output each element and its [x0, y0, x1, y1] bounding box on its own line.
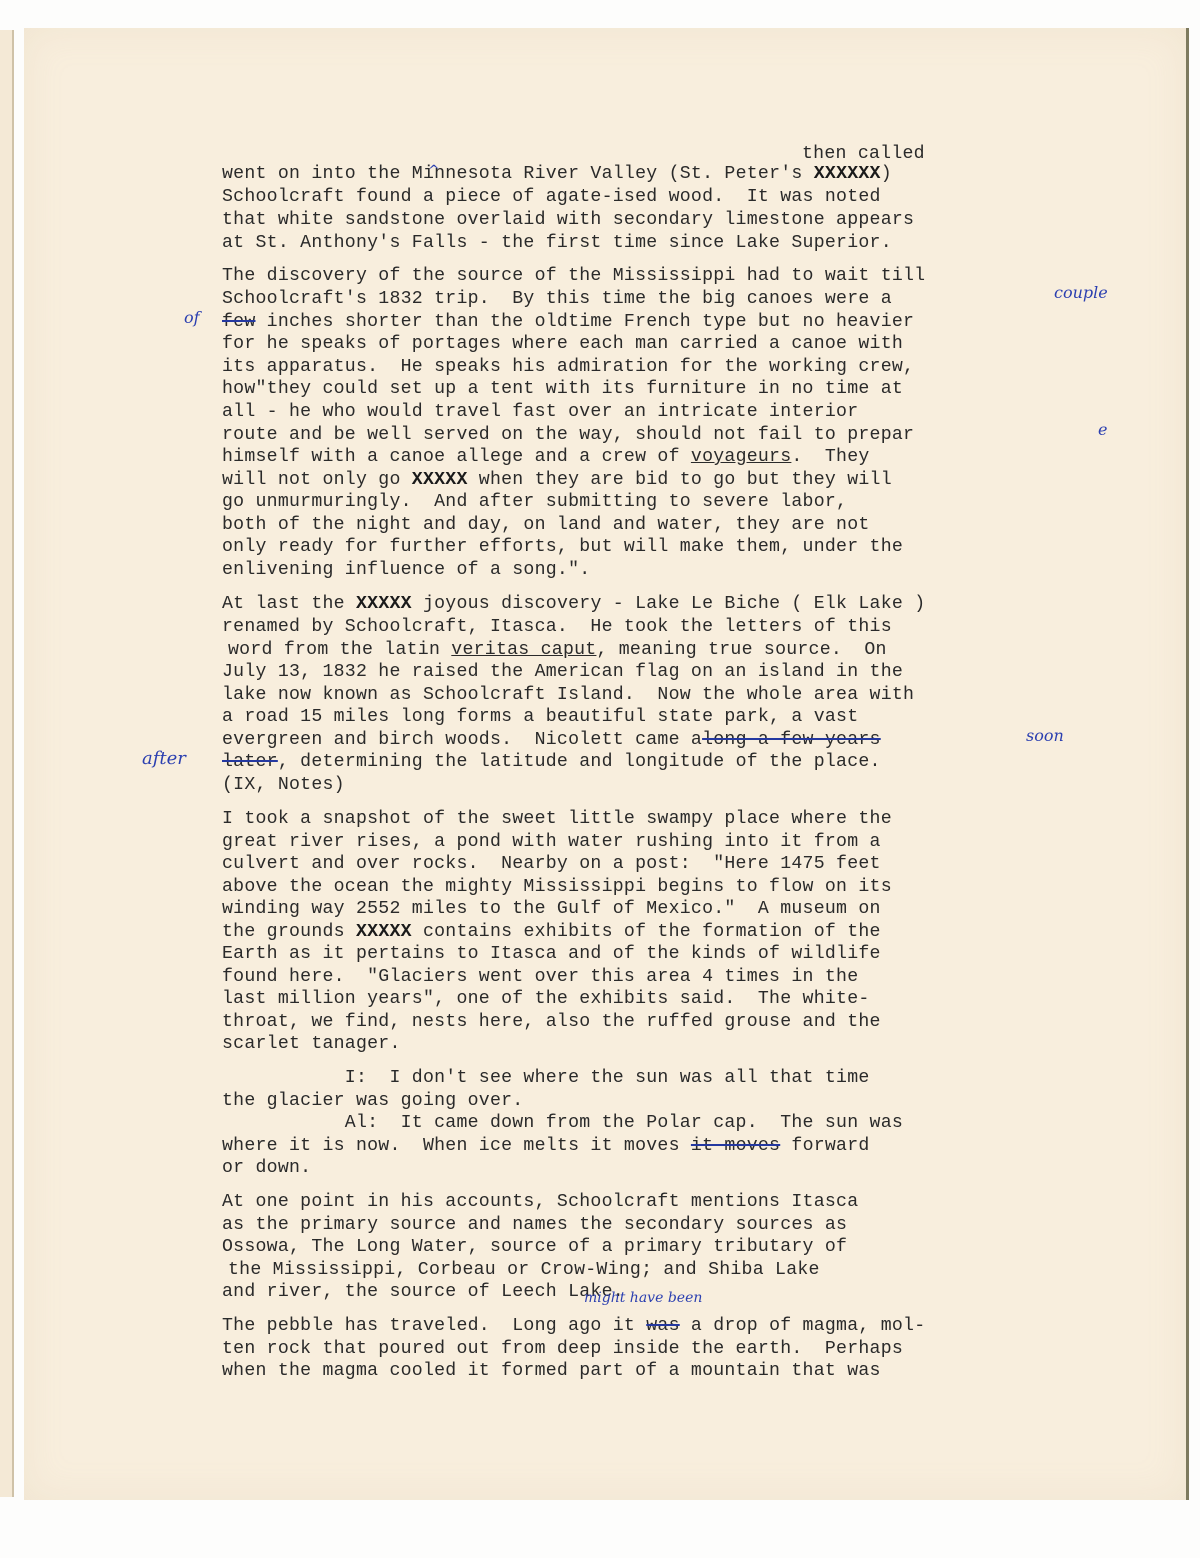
text-run: contains exhibits of the formation of th…: [412, 922, 881, 942]
text-xout: XXXXX: [412, 470, 468, 490]
text-line: Ossowa, The Long Water, source of a prim…: [222, 1236, 847, 1258]
text-run: ): [881, 164, 892, 184]
text-run: how"they could set up a tent with its fu…: [222, 379, 903, 399]
text-line: all - he who would travel fast over an i…: [222, 401, 858, 423]
text-run: a drop of magma, mol-: [680, 1316, 926, 1336]
text-strike: few: [222, 312, 256, 332]
text-run: the glacier was going over.: [222, 1091, 523, 1111]
text-line: Schoolcraft found a piece of agate-ised …: [222, 186, 881, 208]
text-line: enlivening influence of a song.".: [222, 559, 590, 581]
text-run: go unmurmuringly. And after submitting t…: [222, 492, 847, 512]
text-line: that white sandstone overlaid with secon…: [222, 209, 914, 231]
text-run: , meaning true source. On: [596, 640, 886, 660]
text-run: found here. "Glaciers went over this are…: [222, 967, 858, 987]
text-line: later, determining the latitude and long…: [222, 751, 881, 773]
text-run: At last the: [222, 594, 356, 614]
text-run: above the ocean the mighty Mississippi b…: [222, 877, 892, 897]
text-line: throat, we find, nests here, also the ru…: [222, 1011, 881, 1033]
text-xout: XXXXXX: [814, 164, 881, 184]
text-run: The pebble has traveled. Long ago it: [222, 1316, 646, 1336]
text-line: lake now known as Schoolcraft Island. No…: [222, 684, 914, 706]
text-xout: XXXXX: [356, 594, 412, 614]
text-strike: was: [646, 1316, 680, 1336]
text-strike: it moves: [691, 1136, 780, 1156]
text-run: inches shorter than the oldtime French t…: [256, 312, 915, 332]
text-line: At one point in his accounts, Schoolcraf…: [222, 1191, 858, 1213]
text-run: lake now known as Schoolcraft Island. No…: [222, 685, 914, 705]
text-line: only ready for further efforts, but will…: [222, 536, 903, 558]
text-run: I took a snapshot of the sweet little sw…: [222, 809, 892, 829]
text-run: the grounds: [222, 922, 356, 942]
previous-page-edge: [0, 30, 14, 1497]
text-ul: veritas caput: [451, 640, 596, 660]
text-run: evergreen and birch woods. Nicolett came…: [222, 730, 702, 750]
text-line: The pebble has traveled. Long ago it was…: [222, 1315, 925, 1337]
text-line: word from the latin veritas caput, meani…: [228, 639, 887, 661]
text-run: At one point in his accounts, Schoolcraf…: [222, 1192, 858, 1212]
text-run: Earth as it pertains to Itasca and of th…: [222, 944, 881, 964]
text-run: The discovery of the source of the Missi…: [222, 266, 925, 286]
text-run: July 13, 1832 he raised the American fla…: [222, 662, 903, 682]
text-strike: later: [222, 752, 278, 772]
text-run: scarlet tanager.: [222, 1034, 401, 1054]
text-line: found here. "Glaciers went over this are…: [222, 966, 858, 988]
typewritten-text: then called went on into the Minnesota R…: [222, 28, 1102, 96]
text-run: throat, we find, nests here, also the ru…: [222, 1012, 881, 1032]
text-line: I: I don't see where the sun was all tha…: [222, 1067, 870, 1089]
text-line: the grounds XXXXX contains exhibits of t…: [222, 921, 881, 943]
text-run: both of the night and day, on land and w…: [222, 515, 870, 535]
text-line: scarlet tanager.: [222, 1033, 401, 1055]
text-run: route and be well served on the way, sho…: [222, 425, 914, 445]
text-run: its apparatus. He speaks his admiration …: [222, 357, 914, 377]
margin-note-of: of: [184, 308, 200, 327]
text-run: at St. Anthony's Falls - the first time …: [222, 233, 892, 253]
text-run: and river, the source of Leech Lake.: [222, 1282, 624, 1302]
text-line: great river rises, a pond with water rus…: [222, 831, 881, 853]
text-run: Ossowa, The Long Water, source of a prim…: [222, 1237, 847, 1257]
text-line: will not only go XXXXX when they are bid…: [222, 469, 892, 491]
text-run: all - he who would travel fast over an i…: [222, 402, 858, 422]
text-line: culvert and over rocks. Nearby on a post…: [222, 853, 881, 875]
text-line: At last the XXXXX joyous discovery - Lak…: [222, 593, 925, 615]
text-line: the glacier was going over.: [222, 1090, 523, 1112]
insertion-might-have-been: might have been: [584, 1290, 702, 1306]
insertion-caret: ^: [428, 163, 440, 179]
text-line: Earth as it pertains to Itasca and of th…: [222, 943, 881, 965]
margin-note-couple: couple: [1054, 283, 1108, 302]
text-line: I took a snapshot of the sweet little sw…: [222, 808, 892, 830]
text-line: The discovery of the source of the Missi…: [222, 265, 925, 287]
text-run: great river rises, a pond with water rus…: [222, 832, 881, 852]
text-line: renamed by Schoolcraft, Itasca. He took …: [222, 616, 892, 638]
text-line: himself with a canoe allege and a crew o…: [222, 446, 870, 468]
text-run: where it is now. When ice melts it moves: [222, 1136, 691, 1156]
text-run: (IX, Notes): [222, 775, 345, 795]
text-line: its apparatus. He speaks his admiration …: [222, 356, 914, 378]
text-line: evergreen and birch woods. Nicolett came…: [222, 729, 881, 751]
text-line: ten rock that poured out from deep insid…: [222, 1338, 903, 1360]
text-line: where it is now. When ice melts it moves…: [222, 1135, 870, 1157]
text-run: or down.: [222, 1158, 311, 1178]
text-line: Schoolcraft's 1832 trip. By this time th…: [222, 288, 892, 310]
text-run: renamed by Schoolcraft, Itasca. He took …: [222, 617, 892, 637]
text-run: when the magma cooled it formed part of …: [222, 1361, 881, 1381]
text-run: winding way 2552 miles to the Gulf of Me…: [222, 899, 881, 919]
text-line: winding way 2552 miles to the Gulf of Me…: [222, 898, 881, 920]
text-run: will not only go: [222, 470, 412, 490]
text-run: as the primary source and names the seco…: [222, 1215, 847, 1235]
text-run: when they are bid to go but they will: [468, 470, 892, 490]
text-line: how"they could set up a tent with its fu…: [222, 378, 903, 400]
text-run: ten rock that poured out from deep insid…: [222, 1339, 903, 1359]
text-run: I: I don't see where the sun was all tha…: [222, 1068, 870, 1088]
text-line: the Mississippi, Corbeau or Crow-Wing; a…: [228, 1259, 820, 1281]
text-ul: voyageurs: [691, 447, 791, 467]
text-run: (St. Peter's: [657, 164, 813, 184]
text-line: and river, the source of Leech Lake.: [222, 1281, 624, 1303]
text-strike: long a few years: [702, 730, 881, 750]
text-line: a road 15 miles long forms a beautiful s…: [222, 706, 858, 728]
document-page: then called went on into the Minnesota R…: [24, 28, 1189, 1500]
text-line: or down.: [222, 1157, 311, 1179]
insertion-then-called: then called: [802, 143, 925, 165]
text-run: word from the latin: [228, 640, 451, 660]
text-run: forward: [780, 1136, 869, 1156]
text-line: for he speaks of portages where each man…: [222, 333, 903, 355]
margin-note-soon: soon: [1026, 726, 1064, 745]
text-line: last million years", one of the exhibits…: [222, 988, 870, 1010]
text-line: above the ocean the mighty Mississippi b…: [222, 876, 892, 898]
text-run: culvert and over rocks. Nearby on a post…: [222, 854, 881, 874]
text-run: joyous discovery - Lake Le Biche ( Elk L…: [412, 594, 926, 614]
text-run: Schoolcraft found a piece of agate-ised …: [222, 187, 881, 207]
text-run: Al: It came down from the Polar cap. The…: [222, 1113, 903, 1133]
text-run: Schoolcraft's 1832 trip. By this time th…: [222, 289, 892, 309]
margin-note-after: after: [142, 748, 186, 769]
text-run: for he speaks of portages where each man…: [222, 334, 903, 354]
text-run: . They: [791, 447, 869, 467]
text-run: only ready for further efforts, but will…: [222, 537, 903, 557]
text-run: the Mississippi, Corbeau or Crow-Wing; a…: [228, 1260, 820, 1280]
text-run: last million years", one of the exhibits…: [222, 989, 870, 1009]
margin-note-e: e: [1098, 420, 1107, 439]
text-line: at St. Anthony's Falls - the first time …: [222, 232, 892, 254]
text-line: went on into the Minnesota River Valley …: [222, 163, 892, 185]
text-run: that white sandstone overlaid with secon…: [222, 210, 914, 230]
text-xout: XXXXX: [356, 922, 412, 942]
text-run: enlivening influence of a song.".: [222, 560, 590, 580]
text-run: , determining the latitude and longitude…: [278, 752, 881, 772]
text-line: as the primary source and names the seco…: [222, 1214, 847, 1236]
text-line: go unmurmuringly. And after submitting t…: [222, 491, 847, 513]
text-line: few inches shorter than the oldtime Fren…: [222, 311, 914, 333]
text-run: himself with a canoe allege and a crew o…: [222, 447, 691, 467]
text-run: a road 15 miles long forms a beautiful s…: [222, 707, 858, 727]
text-line: (IX, Notes): [222, 774, 345, 796]
text-line: both of the night and day, on land and w…: [222, 514, 870, 536]
text-line: Al: It came down from the Polar cap. The…: [222, 1112, 903, 1134]
text-line: when the magma cooled it formed part of …: [222, 1360, 881, 1382]
text-line: July 13, 1832 he raised the American fla…: [222, 661, 903, 683]
text-line: route and be well served on the way, sho…: [222, 424, 914, 446]
